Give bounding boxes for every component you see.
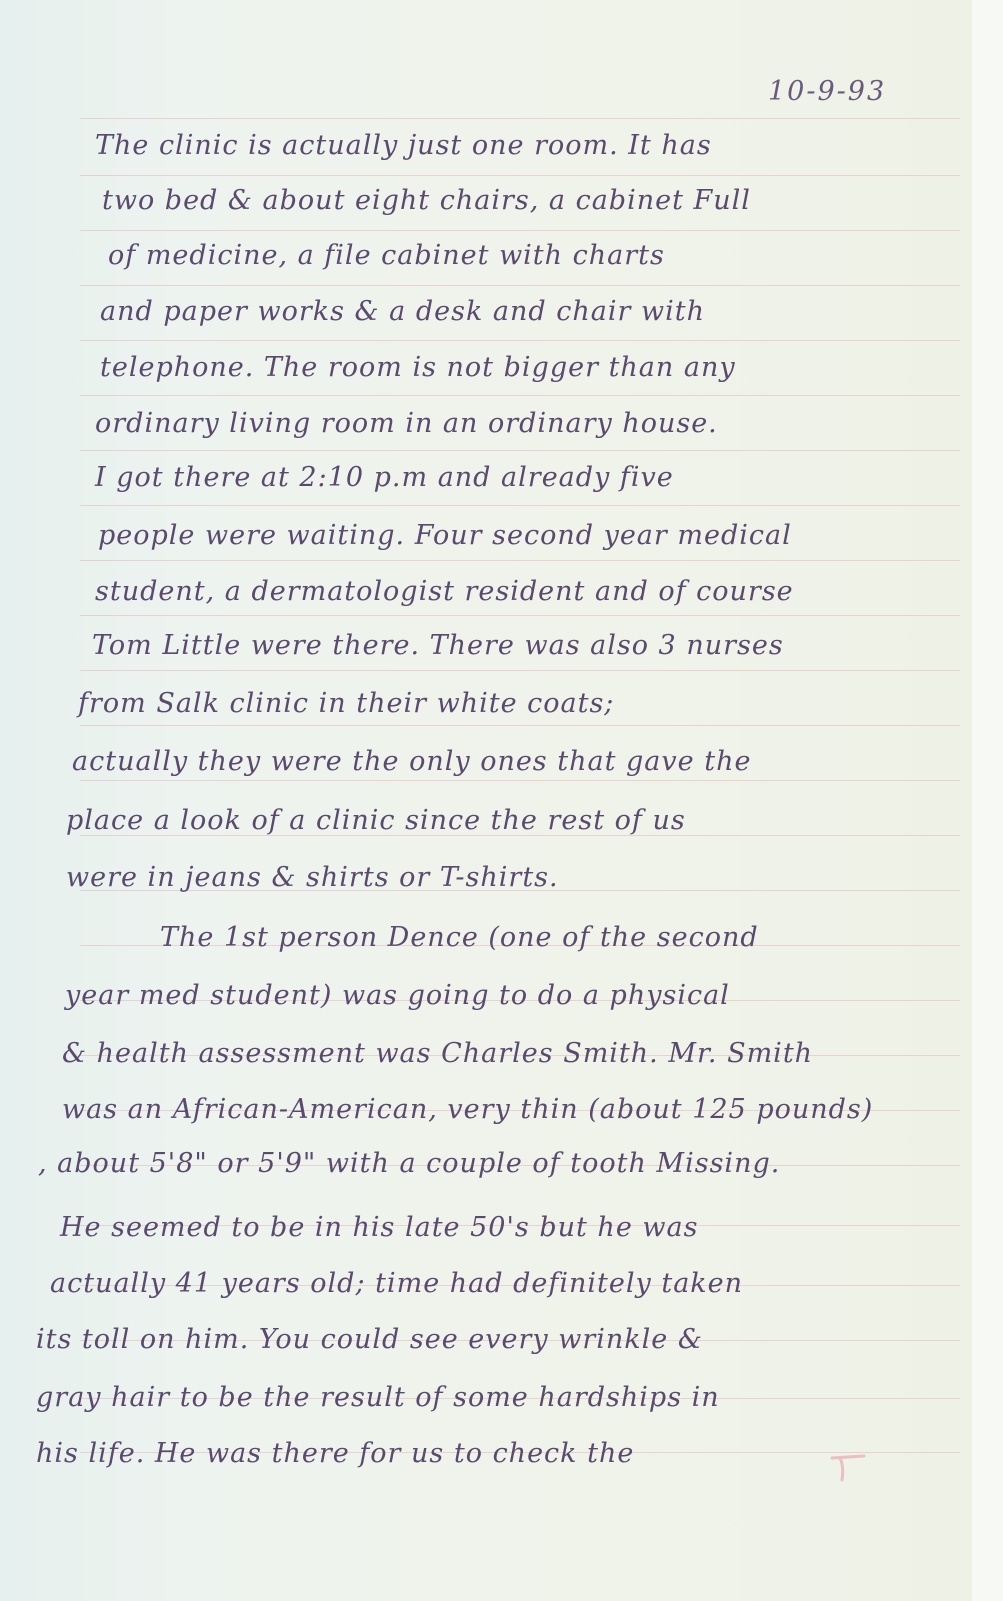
ruled-line — [80, 340, 960, 341]
margin-mark-icon — [828, 1452, 868, 1482]
text-line: actually 41 years old; time had definite… — [50, 1268, 743, 1299]
text-line: telephone. The room is not bigger than a… — [100, 352, 736, 383]
text-line: actually they were the only ones that ga… — [72, 746, 751, 777]
text-line: Tom Little were there. There was also 3 … — [92, 630, 784, 661]
text-line: were in jeans & shirts or T-shirts. — [66, 862, 559, 893]
text-line: from Salk clinic in their white coats; — [78, 688, 614, 719]
ruled-line — [80, 395, 960, 396]
text-line: I got there at 2:10 p.m and already five — [95, 462, 674, 493]
text-line: two bed & about eight chairs, a cabinet … — [102, 185, 751, 216]
text-line: and paper works & a desk and chair with — [100, 296, 705, 327]
ruled-line — [80, 175, 960, 176]
ruled-line — [80, 450, 960, 451]
entry-date: 10-9-93 — [768, 76, 886, 107]
ruled-line — [80, 505, 960, 506]
text-line: place a look of a clinic since the rest … — [66, 805, 686, 836]
text-line: people were waiting. Four second year me… — [98, 520, 792, 551]
text-line: gray hair to be the result of some hards… — [36, 1382, 720, 1413]
text-line: year med student) was going to do a phys… — [65, 980, 730, 1011]
text-line: , about 5'8" or 5'9" with a couple of to… — [38, 1148, 780, 1179]
text-line: He seemed to be in his late 50's but he … — [60, 1212, 698, 1243]
text-line: The 1st person Dence (one of the second — [160, 922, 759, 953]
ruled-line — [80, 615, 960, 616]
ruled-line — [80, 285, 960, 286]
text-line: & health assessment was Charles Smith. M… — [62, 1038, 813, 1069]
ruled-line — [80, 560, 960, 561]
text-line: was an African-American, very thin (abou… — [62, 1094, 873, 1125]
ruled-line — [80, 725, 960, 726]
text-line: its toll on him. You could see every wri… — [36, 1324, 703, 1355]
ruled-line — [80, 118, 960, 119]
text-line: of medicine, a file cabinet with charts — [108, 240, 665, 271]
ruled-line — [80, 670, 960, 671]
ruled-line — [80, 230, 960, 231]
text-line: his life. He was there for us to check t… — [36, 1438, 634, 1469]
text-line: The clinic is actually just one room. It… — [95, 130, 712, 161]
ruled-line — [80, 780, 960, 781]
page-edge — [972, 0, 1003, 1601]
text-line: ordinary living room in an ordinary hous… — [95, 408, 718, 439]
notebook-page: 10-9-93 The clinic is actually just one … — [0, 0, 972, 1601]
text-line: student, a dermatologist resident and of… — [95, 576, 794, 607]
